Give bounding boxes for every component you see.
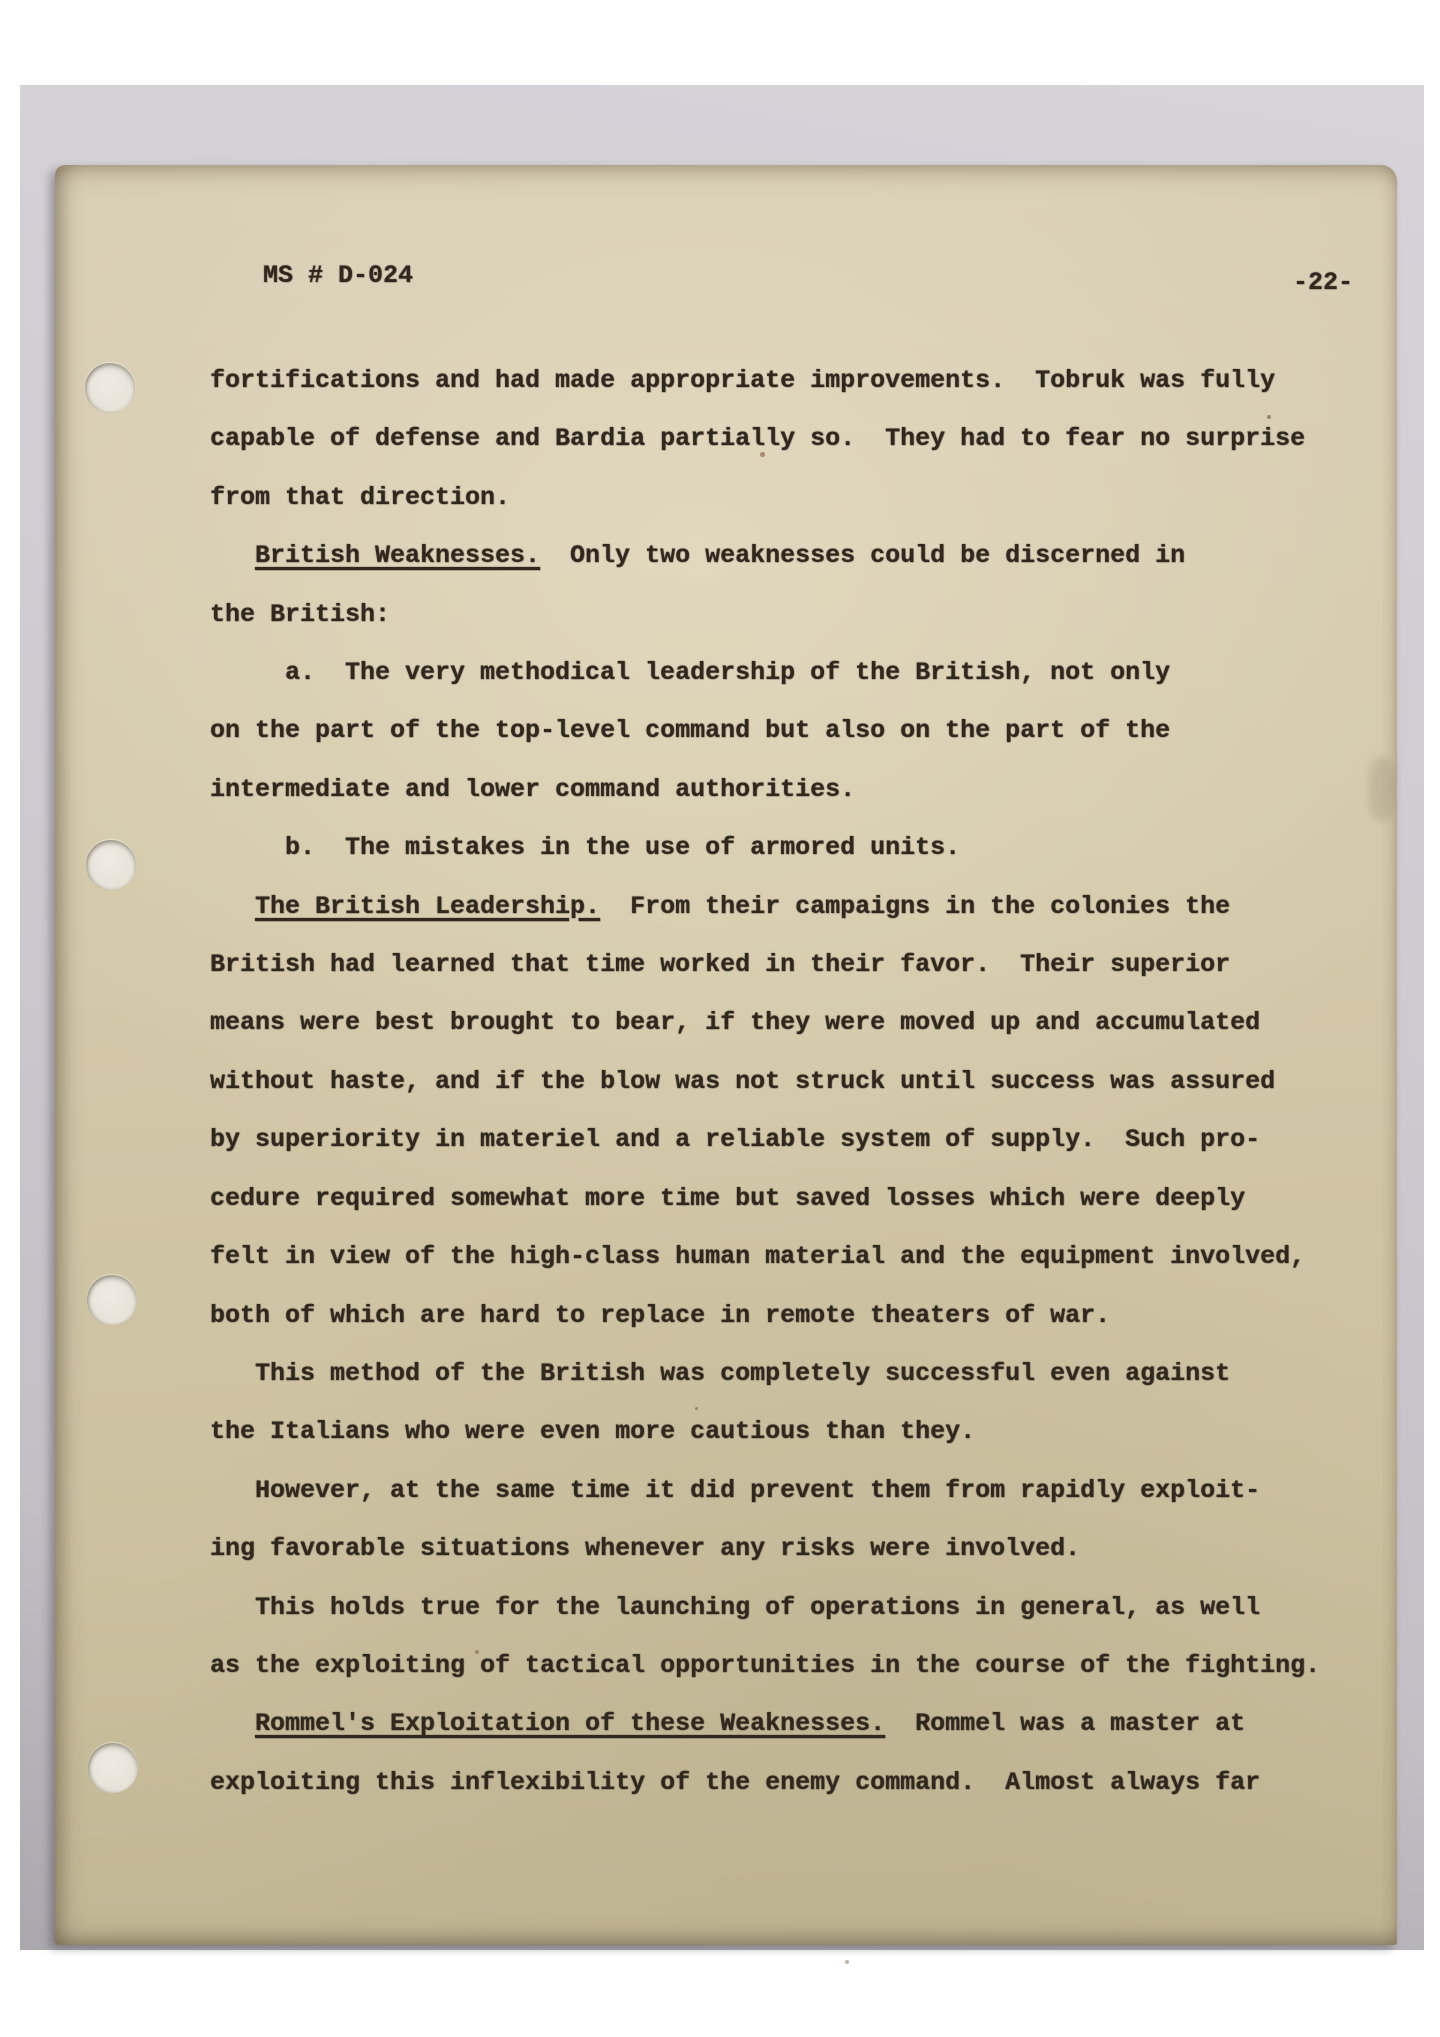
document-body: fortifications and had made appropriate …: [210, 352, 1360, 1812]
text-segment: intermediate and lower command authoriti…: [210, 775, 855, 804]
text-segment: This holds true for the launching of ope…: [255, 1593, 1260, 1622]
underlined-heading: Rommel's Exploitation of these Weaknesse…: [255, 1709, 885, 1738]
text-line: British Weaknesses. Only two weaknesses …: [210, 527, 1360, 585]
text-segment: felt in view of the high-class human mat…: [210, 1242, 1305, 1271]
punch-hole: [88, 1743, 138, 1793]
text-segment: fortifications and had made appropriate …: [210, 366, 1275, 395]
underlined-heading: The British Leadership.: [255, 892, 600, 921]
text-segment: From their campaigns in the colonies the: [600, 892, 1230, 921]
text-segment: Rommel was a master at: [885, 1709, 1245, 1738]
text-segment: Only two weaknesses could be discerned i…: [540, 541, 1185, 570]
punch-hole: [86, 840, 136, 890]
text-line: the Italians who were even more cautious…: [210, 1403, 1360, 1461]
page-number: -22-: [1293, 268, 1353, 298]
text-line: However, at the same time it did prevent…: [210, 1462, 1360, 1520]
text-segment: the Italians who were even more cautious…: [210, 1417, 975, 1446]
manuscript-page: MS # D-024 -22- fortifications and had m…: [55, 165, 1397, 1945]
text-line: British had learned that time worked in …: [210, 936, 1360, 994]
text-line: ing favorable situations whenever any ri…: [210, 1520, 1360, 1578]
text-segment: by superiority in materiel and a reliabl…: [210, 1125, 1260, 1154]
text-line: on the part of the top-level command but…: [210, 702, 1360, 760]
text-segment: as the exploiting of tactical opportunit…: [210, 1651, 1320, 1680]
text-line: This method of the British was completel…: [210, 1345, 1360, 1403]
text-segment: capable of defense and Bardia partially …: [210, 424, 1305, 453]
text-segment: However, at the same time it did prevent…: [255, 1476, 1260, 1505]
scanner-mat: MS # D-024 -22- fortifications and had m…: [20, 85, 1424, 1950]
text-segment: the British:: [210, 600, 390, 629]
text-line: capable of defense and Bardia partially …: [210, 410, 1360, 468]
text-line: felt in view of the high-class human mat…: [210, 1228, 1360, 1286]
text-line: intermediate and lower command authoriti…: [210, 761, 1360, 819]
text-segment: both of which are hard to replace in rem…: [210, 1301, 1110, 1330]
text-line: from that direction.: [210, 469, 1360, 527]
text-segment: ing favorable situations whenever any ri…: [210, 1534, 1080, 1563]
text-line: both of which are hard to replace in rem…: [210, 1287, 1360, 1345]
text-line: b. The mistakes in the use of armored un…: [210, 819, 1360, 877]
text-segment: on the part of the top-level command but…: [210, 716, 1170, 745]
paper-speck: [845, 1960, 849, 1964]
margin-smudge: [1369, 757, 1395, 821]
manuscript-id: MS # D-024: [263, 261, 413, 291]
text-line: Rommel's Exploitation of these Weaknesse…: [210, 1695, 1360, 1753]
text-segment: cedure required somewhat more time but s…: [210, 1184, 1245, 1213]
text-segment: exploiting this inflexibility of the ene…: [210, 1768, 1260, 1797]
text-line: without haste, and if the blow was not s…: [210, 1053, 1360, 1111]
text-line: exploiting this inflexibility of the ene…: [210, 1754, 1360, 1812]
text-segment: from that direction.: [210, 483, 510, 512]
text-line: fortifications and had made appropriate …: [210, 352, 1360, 410]
text-segment: means were best brought to bear, if they…: [210, 1008, 1260, 1037]
text-line: This holds true for the launching of ope…: [210, 1579, 1360, 1637]
text-line: means were best brought to bear, if they…: [210, 994, 1360, 1052]
text-segment: without haste, and if the blow was not s…: [210, 1067, 1275, 1096]
text-line: by superiority in materiel and a reliabl…: [210, 1111, 1360, 1169]
text-segment: b. The mistakes in the use of armored un…: [285, 833, 960, 862]
text-segment: British had learned that time worked in …: [210, 950, 1230, 979]
text-line: cedure required somewhat more time but s…: [210, 1170, 1360, 1228]
text-segment: This method of the British was completel…: [255, 1359, 1230, 1388]
text-line: The British Leadership. From their campa…: [210, 878, 1360, 936]
text-line: the British:: [210, 586, 1360, 644]
text-segment: a. The very methodical leadership of the…: [285, 658, 1170, 687]
punch-hole: [85, 363, 135, 413]
text-line: as the exploiting of tactical opportunit…: [210, 1637, 1360, 1695]
underlined-heading: British Weaknesses.: [255, 541, 540, 570]
text-line: a. The very methodical leadership of the…: [210, 644, 1360, 702]
punch-hole: [87, 1275, 137, 1325]
